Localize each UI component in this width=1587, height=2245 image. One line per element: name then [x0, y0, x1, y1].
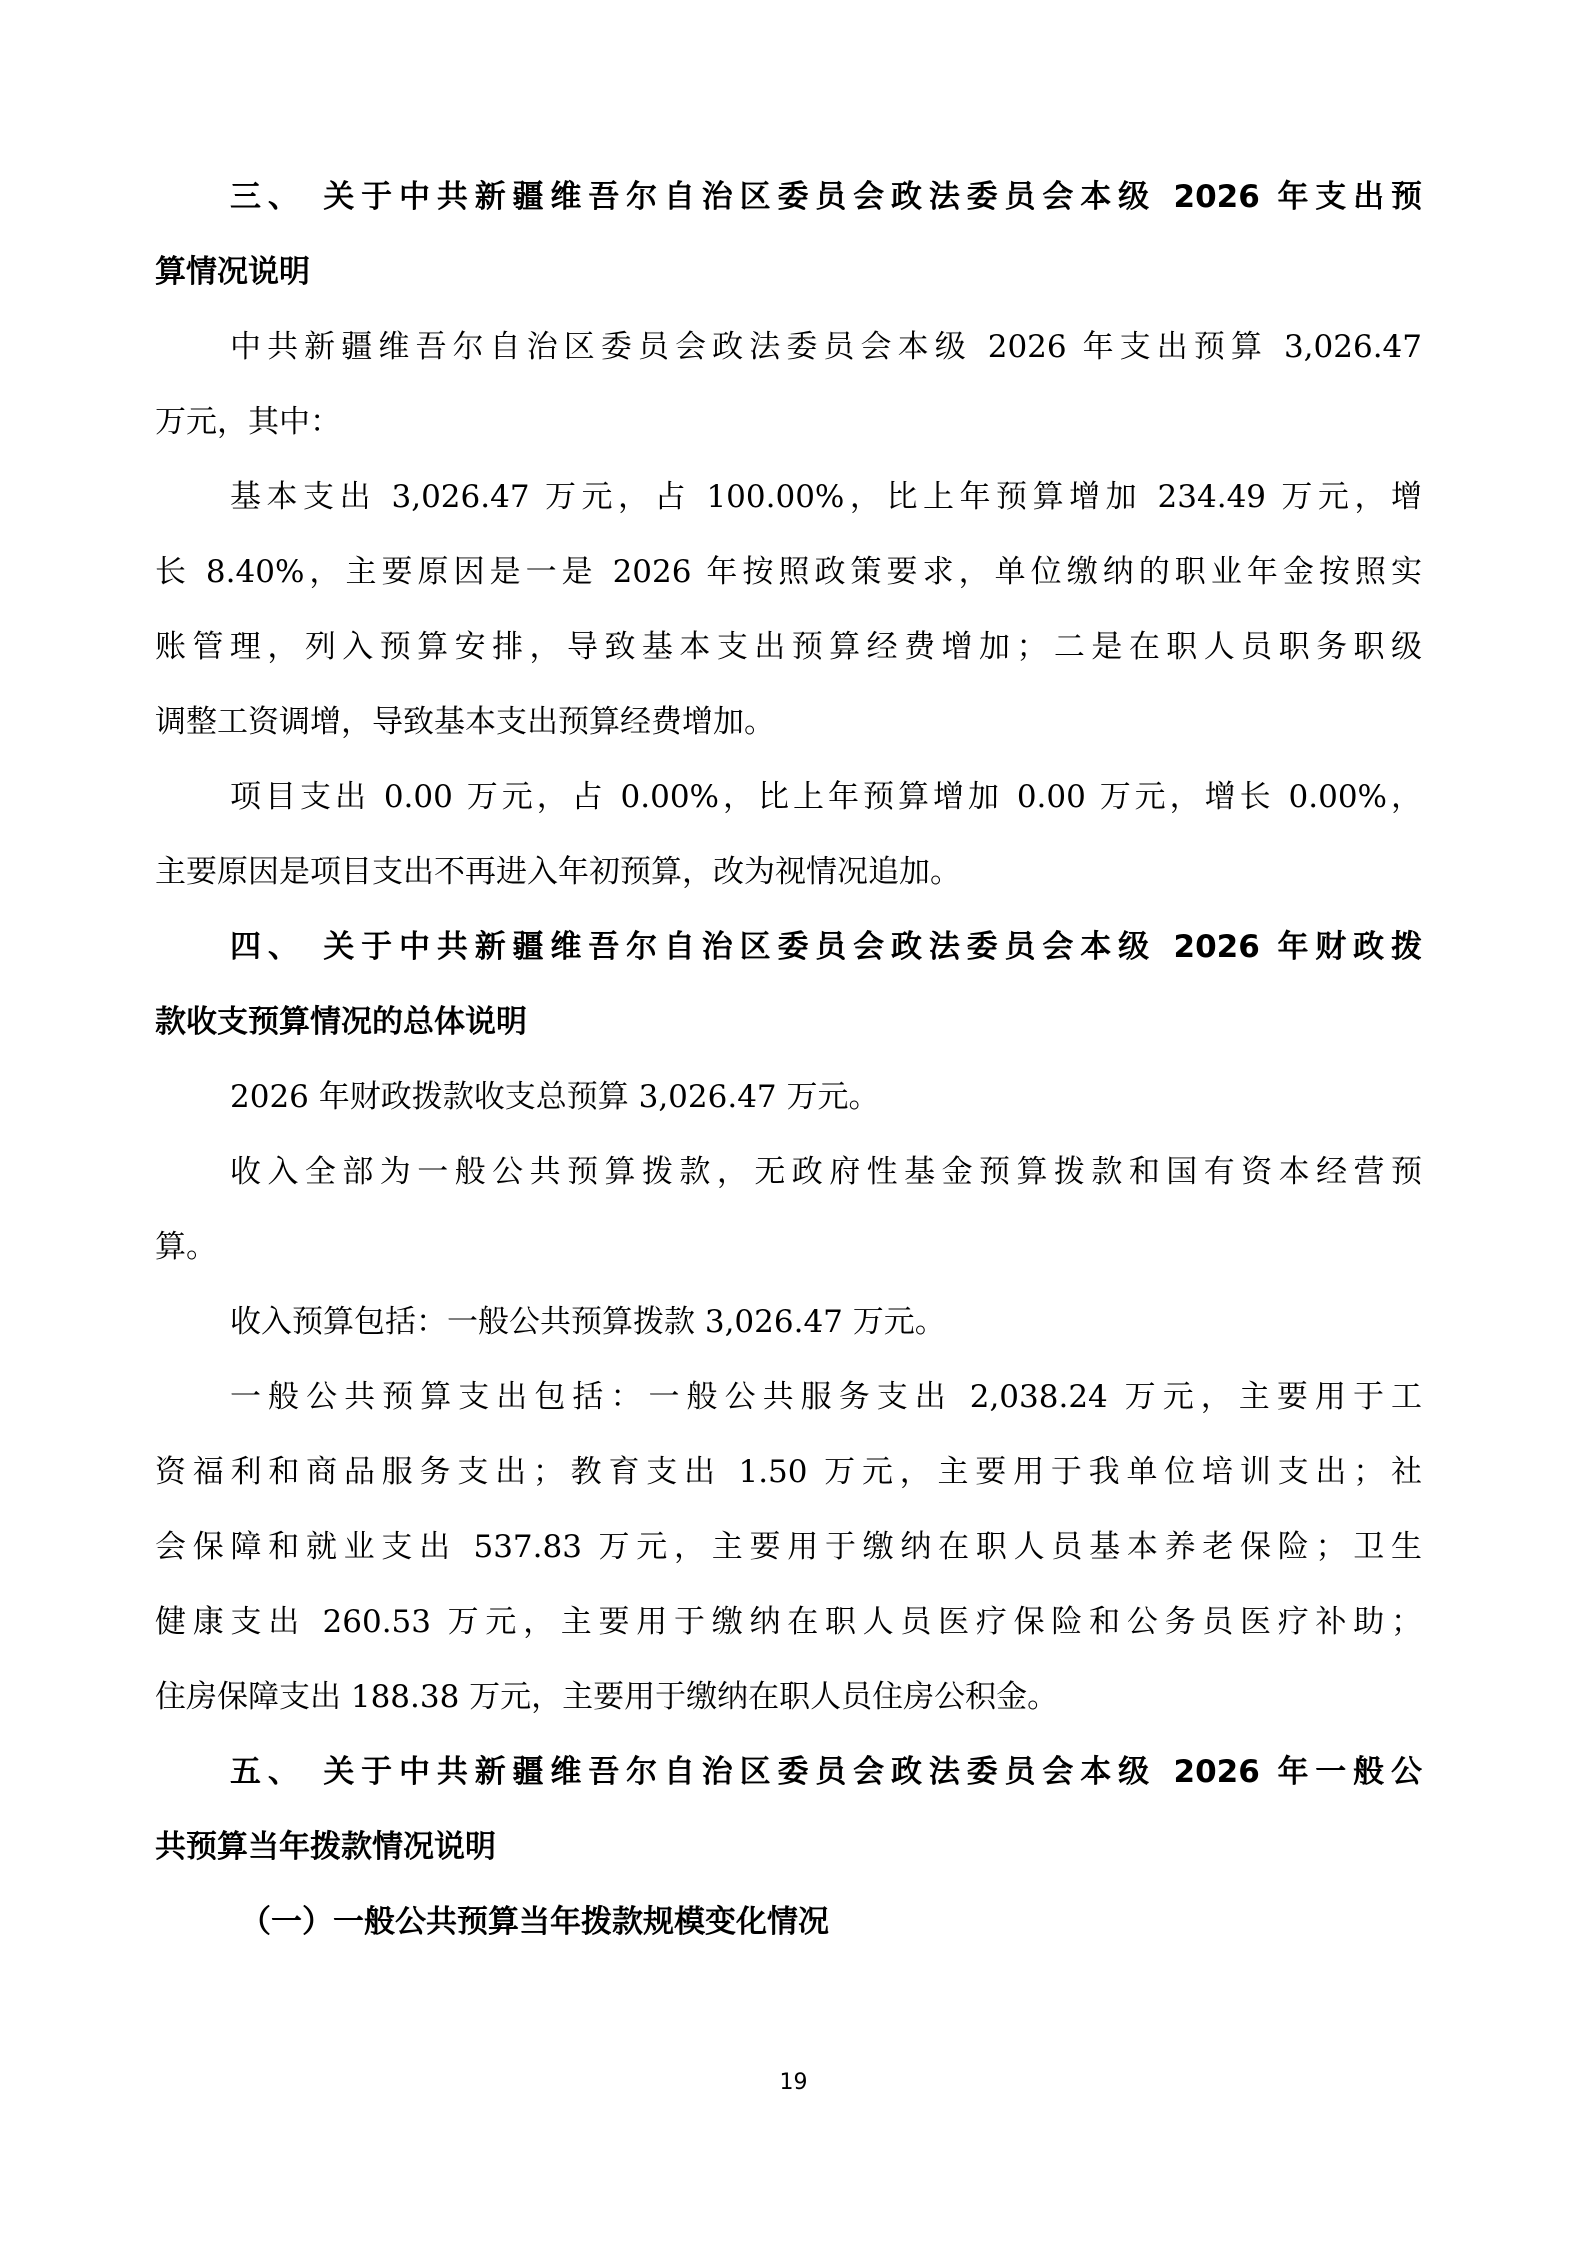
heading-line: 四、 关于中共新疆维吾尔自治区委员会政法委员会本级 2026 年财政拨 — [155, 910, 1422, 985]
heading-line: 三、 关于中共新疆维吾尔自治区委员会政法委员会本级 2026 年支出预 — [155, 160, 1422, 235]
section-4-heading: 四、 关于中共新疆维吾尔自治区委员会政法委员会本级 2026 年财政拨 款收支预… — [155, 910, 1422, 1060]
paragraph-line: 住房保障支出 188.38 万元，主要用于缴纳在职人员住房公积金。 — [155, 1660, 1422, 1735]
paragraph-line: 一般公共预算支出包括：一般公共服务支出 2,038.24 万元，主要用于工 — [155, 1360, 1422, 1435]
section-5-subheading: （一）一般公共预算当年拨款规模变化情况 — [155, 1885, 1422, 1960]
section-4-paragraph-income-budget: 收入预算包括：一般公共预算拨款 3,026.47 万元。 — [155, 1285, 1422, 1360]
paragraph-line: 健康支出 260.53 万元，主要用于缴纳在职人员医疗保险和公务员医疗补助； — [155, 1585, 1422, 1660]
heading-line: 共预算当年拨款情况说明 — [155, 1810, 1422, 1885]
paragraph-line: 万元，其中： — [155, 385, 1422, 460]
paragraph-line: 中共新疆维吾尔自治区委员会政法委员会本级 2026 年支出预算 3,026.47 — [155, 310, 1422, 385]
paragraph-line: 算。 — [155, 1210, 1422, 1285]
paragraph-line: 调整工资调增，导致基本支出预算经费增加。 — [155, 685, 1422, 760]
page-number: 19 — [0, 2070, 1587, 2095]
heading-line: 算情况说明 — [155, 235, 1422, 310]
paragraph-line: 收入全部为一般公共预算拨款，无政府性基金预算拨款和国有资本经营预 — [155, 1135, 1422, 1210]
paragraph-line: 账管理，列入预算安排，导致基本支出预算经费增加；二是在职人员职务职级 — [155, 610, 1422, 685]
document-page: 三、 关于中共新疆维吾尔自治区委员会政法委员会本级 2026 年支出预 算情况说… — [155, 160, 1422, 1960]
section-3-paragraph-project-expenditure: 项目支出 0.00 万元，占 0.00%，比上年预算增加 0.00 万元，增长 … — [155, 760, 1422, 910]
paragraph-line: 会保障和就业支出 537.83 万元，主要用于缴纳在职人员基本养老保险；卫生 — [155, 1510, 1422, 1585]
paragraph-line: 2026 年财政拨款收支总预算 3,026.47 万元。 — [155, 1060, 1422, 1135]
heading-line: 款收支预算情况的总体说明 — [155, 985, 1422, 1060]
section-5-heading: 五、 关于中共新疆维吾尔自治区委员会政法委员会本级 2026 年一般公 共预算当… — [155, 1735, 1422, 1885]
section-4-paragraph-total: 2026 年财政拨款收支总预算 3,026.47 万元。 — [155, 1060, 1422, 1135]
paragraph-line: 项目支出 0.00 万元，占 0.00%，比上年预算增加 0.00 万元，增长 … — [155, 760, 1422, 835]
subheading-line: （一）一般公共预算当年拨款规模变化情况 — [155, 1885, 1422, 1960]
section-3-paragraph-basic-expenditure: 基本支出 3,026.47 万元，占 100.00%，比上年预算增加 234.4… — [155, 460, 1422, 760]
paragraph-line: 资福利和商品服务支出；教育支出 1.50 万元，主要用于我单位培训支出；社 — [155, 1435, 1422, 1510]
section-3-heading: 三、 关于中共新疆维吾尔自治区委员会政法委员会本级 2026 年支出预 算情况说… — [155, 160, 1422, 310]
paragraph-line: 主要原因是项目支出不再进入年初预算，改为视情况追加。 — [155, 835, 1422, 910]
heading-line: 五、 关于中共新疆维吾尔自治区委员会政法委员会本级 2026 年一般公 — [155, 1735, 1422, 1810]
section-4-paragraph-expenditure-breakdown: 一般公共预算支出包括：一般公共服务支出 2,038.24 万元，主要用于工 资福… — [155, 1360, 1422, 1735]
paragraph-line: 收入预算包括：一般公共预算拨款 3,026.47 万元。 — [155, 1285, 1422, 1360]
section-3-paragraph-total: 中共新疆维吾尔自治区委员会政法委员会本级 2026 年支出预算 3,026.47… — [155, 310, 1422, 460]
section-4-paragraph-income-source: 收入全部为一般公共预算拨款，无政府性基金预算拨款和国有资本经营预 算。 — [155, 1135, 1422, 1285]
paragraph-line: 长 8.40%，主要原因是一是 2026 年按照政策要求，单位缴纳的职业年金按照… — [155, 535, 1422, 610]
paragraph-line: 基本支出 3,026.47 万元，占 100.00%，比上年预算增加 234.4… — [155, 460, 1422, 535]
